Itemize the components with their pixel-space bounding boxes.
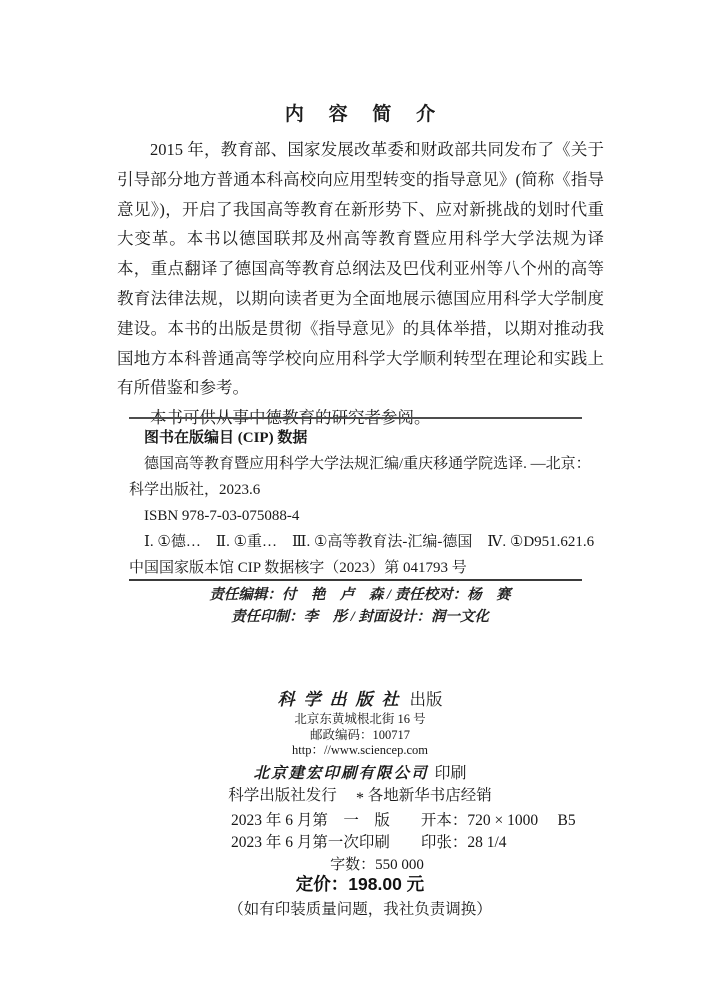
press-line: 科学出版社出版 (0, 688, 720, 712)
editor-credit-line: 责任编辑：付 艳 卢 森 / 责任校对：杨 赛 (0, 584, 720, 606)
publisher-block: 科学出版社出版 北京东黄城根北街 16 号 邮政编码：100717 http：/… (0, 688, 720, 806)
content-summary: 2015 年，教育部、国家发展改革委和财政部共同发布了《关于引导部分地方普通本科… (117, 135, 604, 433)
printing-line: 2023 年 6 月第一次印刷 印张：28 1/4 (231, 832, 576, 854)
cip-classification: Ⅰ. ①德… Ⅱ. ①重… Ⅲ. ①高等教育法-汇编-德国 Ⅳ. ①D951.6… (129, 529, 582, 555)
cip-isbn: ISBN 978-7-03-075088-4 (129, 503, 582, 529)
asterisk-separator: * (0, 790, 720, 808)
quality-notice: （如有印装质量问题，我社负责调换） (0, 897, 720, 919)
print-design-credit-line: 责任印制：李 彤 / 封面设计：润一文化 (0, 606, 720, 628)
cip-registration-number: 中国国家版本馆 CIP 数据核字（2023）第 041793 号 (129, 555, 582, 581)
press-postcode: 邮政编码：100717 (0, 728, 720, 744)
cip-heading: 图书在版编目 (CIP) 数据 (129, 425, 582, 451)
edition-line: 2023 年 6 月第 一 版 开本：720 × 1000 B5 (231, 810, 576, 832)
cip-publisher-line: 科学出版社，2023.6 (129, 477, 582, 503)
press-logo-text: 科学出版社 (278, 690, 408, 709)
printer-logo-text: 北京建宏印刷有限公司 (253, 765, 428, 782)
copyright-page: 内 容 简 介 2015 年，教育部、国家发展改革委和财政部共同发布了《关于引导… (0, 0, 720, 1000)
cip-title-line: 德国高等教育暨应用科学大学法规汇编/重庆移通学院选译. —北京： (129, 451, 582, 477)
press-website: http：//www.sciencep.com (0, 743, 720, 759)
staff-credits: 责任编辑：付 艳 卢 森 / 责任校对：杨 赛 责任印制：李 彤 / 封面设计：… (0, 584, 720, 628)
page-title: 内 容 简 介 (0, 99, 720, 126)
edition-info: 2023 年 6 月第 一 版 开本：720 × 1000 B5 2023 年 … (231, 810, 576, 853)
press-suffix: 出版 (410, 690, 443, 709)
printer-line: 北京建宏印刷有限公司印刷 (0, 763, 720, 785)
printer-suffix: 印刷 (435, 765, 467, 782)
summary-paragraph: 2015 年，教育部、国家发展改革委和财政部共同发布了《关于引导部分地方普通本科… (117, 135, 604, 403)
cip-data-block: 图书在版编目 (CIP) 数据 德国高等教育暨应用科学大学法规汇编/重庆移通学院… (129, 417, 582, 581)
press-address: 北京东黄城根北街 16 号 (0, 712, 720, 728)
price-line: 定价：198.00 元 (0, 871, 720, 896)
